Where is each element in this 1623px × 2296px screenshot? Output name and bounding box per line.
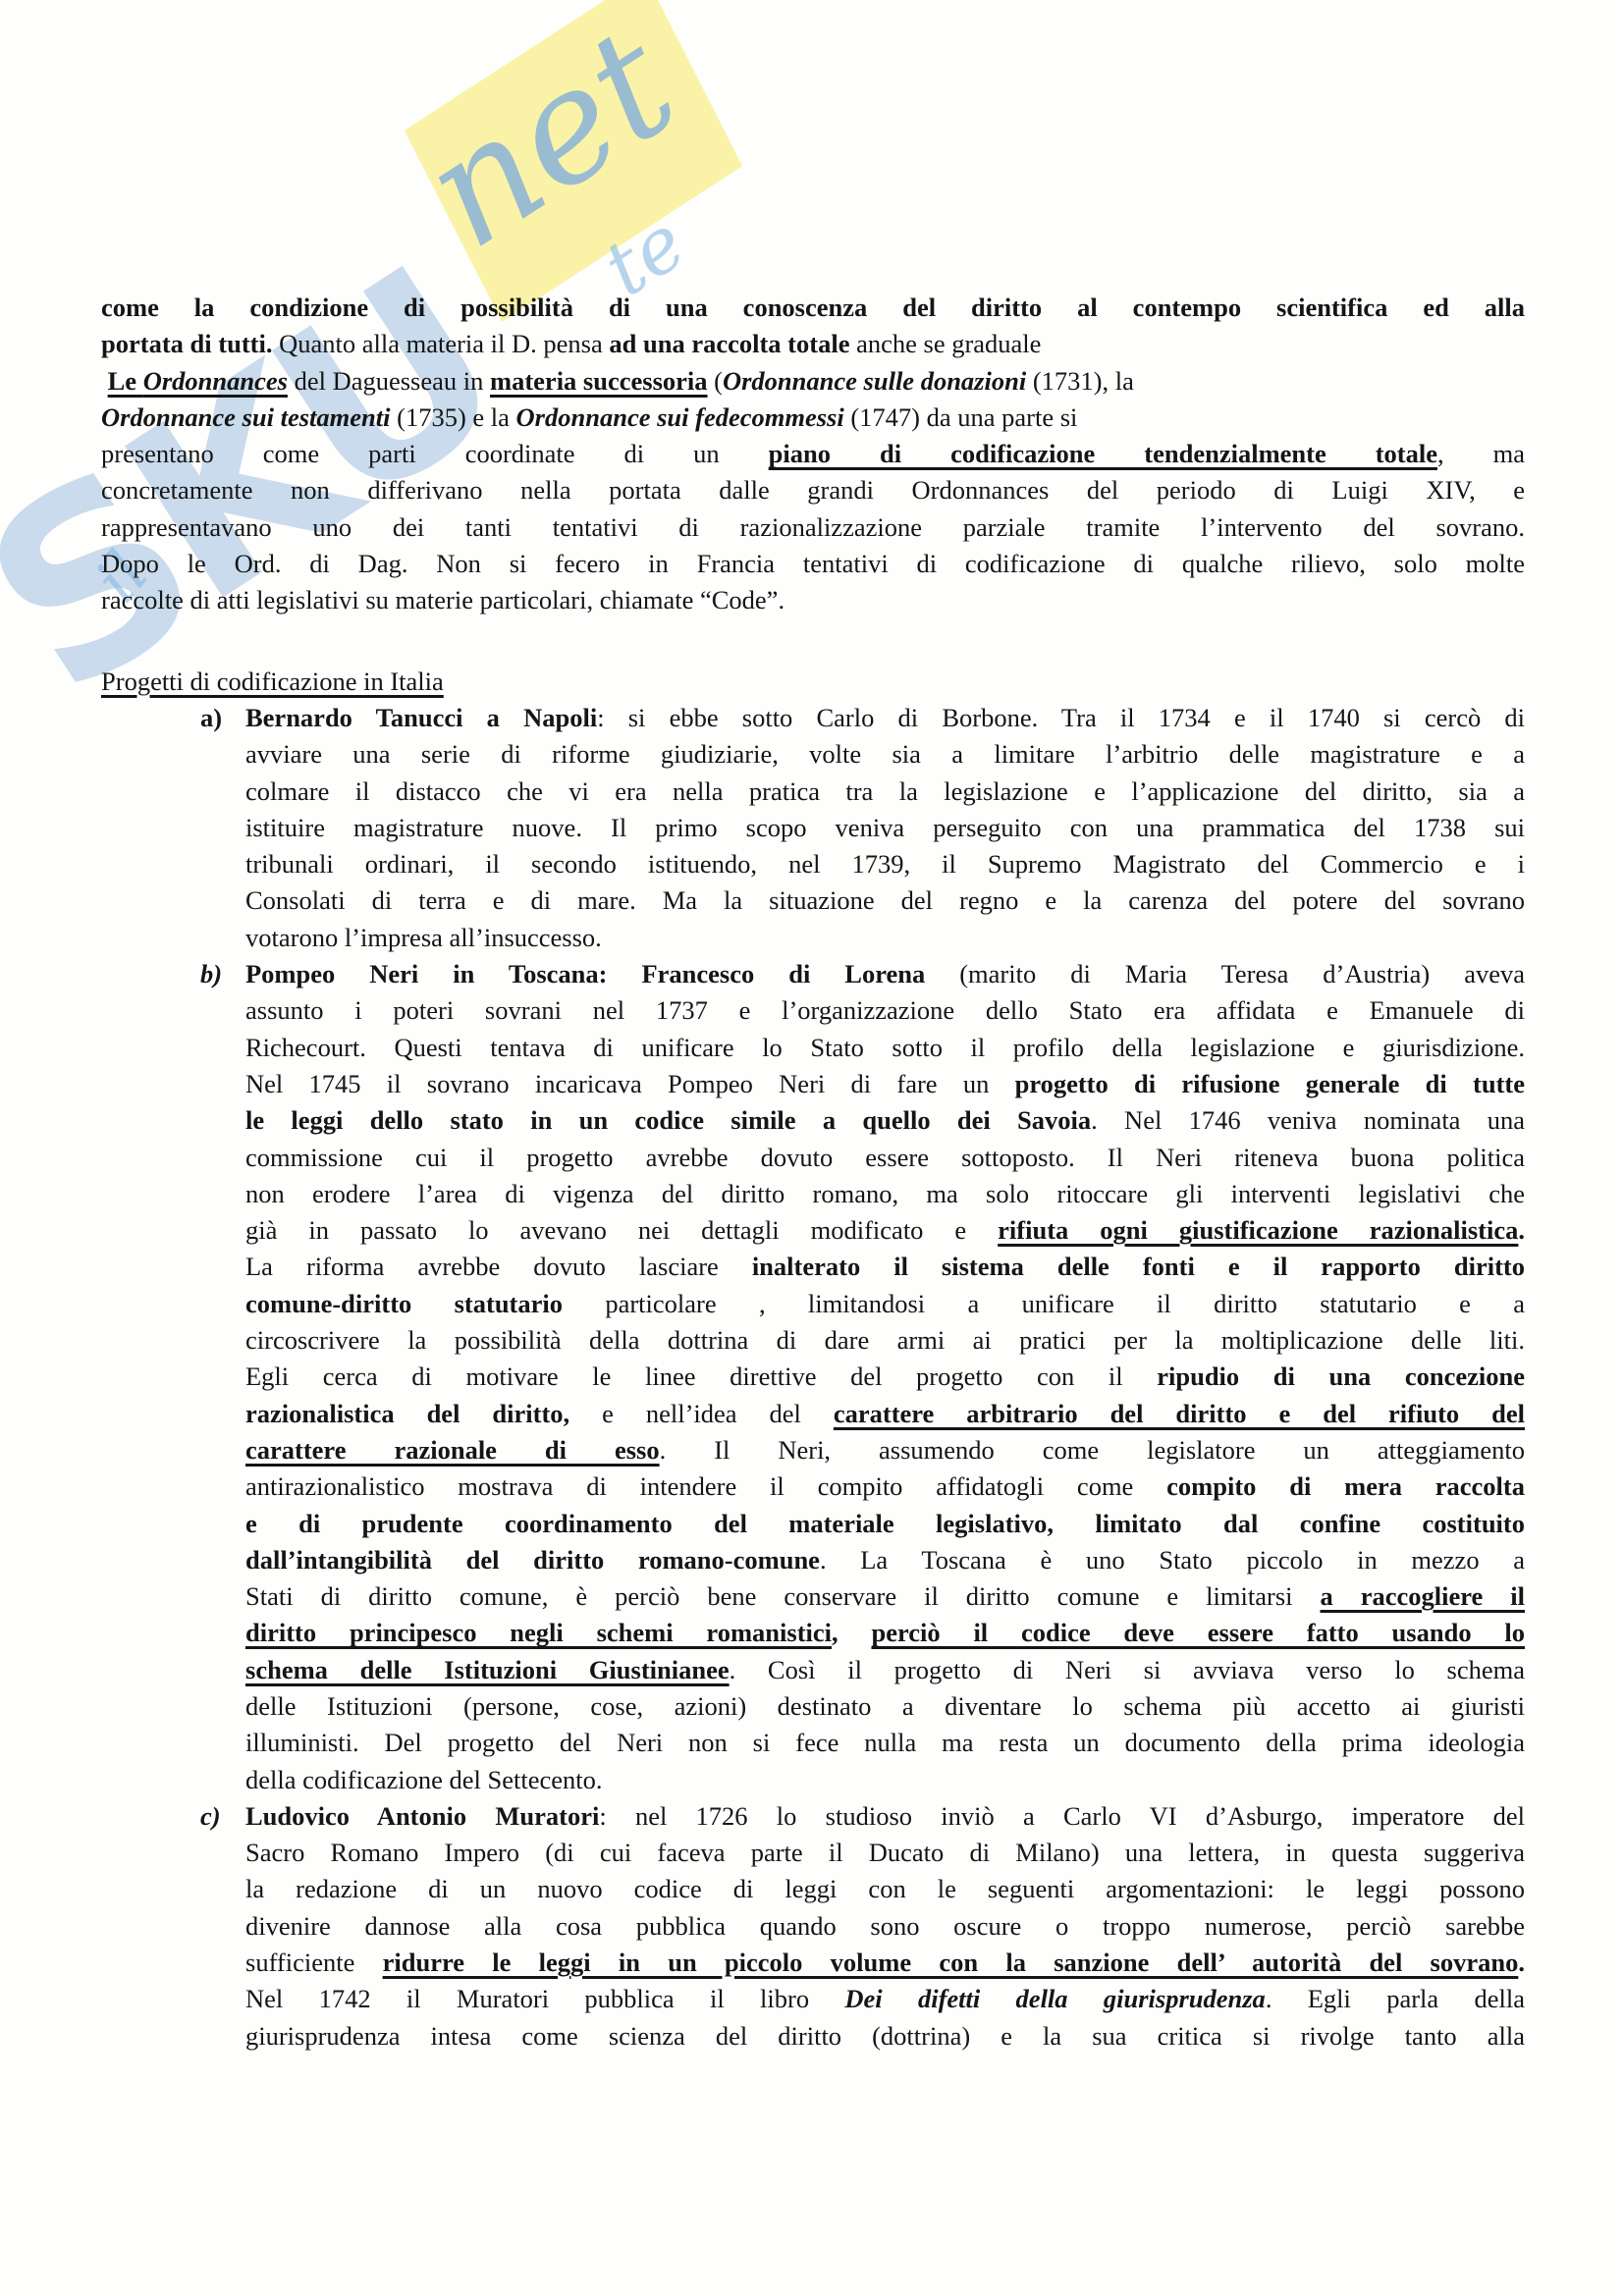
text-line: giurisprudenza intesa come scienza del d… [245, 2018, 1525, 2055]
text-line: antirazionalistico mostrava di intendere… [245, 1468, 1525, 1505]
heading: Progetti di codificazione in Italia [101, 664, 1525, 700]
document-content: come la condizione di possibilità di una… [0, 0, 1623, 2055]
text-line: carattere razionale di esso. Il Neri, as… [245, 1432, 1525, 1468]
text-line: Richecourt. Questi tentava di unificare … [245, 1030, 1525, 1066]
text-line: La riforma avrebbe dovuto lasciare inalt… [245, 1249, 1525, 1285]
text-line: Le Ordonnances del Daguesseau in materia… [101, 363, 1525, 400]
text-line: Bernardo Tanucci a Napoli: si ebbe sotto… [245, 700, 1525, 736]
text-line: Sacro Romano Impero (di cui faceva parte… [245, 1835, 1525, 1871]
text-line: presentano come parti coordinate di un p… [101, 436, 1525, 472]
list-item: c)Ludovico Antonio Muratori: nel 1726 lo… [101, 1798, 1525, 2055]
text-line: tribunali ordinari, il secondo istituend… [245, 846, 1525, 882]
text-line: Stati di diritto comune, è perciò bene c… [245, 1578, 1525, 1615]
text-line: raccolte di atti legislativi su materie … [101, 582, 1525, 618]
text-line: votarono l’impresa all’insuccesso. [245, 920, 1525, 956]
text-line: circoscrivere la possibilità della dottr… [245, 1322, 1525, 1359]
text-line: assunto i poteri sovrani nel 1737 e l’or… [245, 992, 1525, 1029]
text-line: rappresentavano uno dei tanti tentativi … [101, 509, 1525, 546]
text-line: istituire magistrature nuove. Il primo s… [245, 810, 1525, 846]
text-line: Pompeo Neri in Toscana: Francesco di Lor… [245, 956, 1525, 992]
text-line: Dopo le Ord. di Dag. Non si fecero in Fr… [101, 546, 1525, 582]
list-item: b)Pompeo Neri in Toscana: Francesco di L… [101, 956, 1525, 1798]
text-line: comune-diritto statutario particolare , … [245, 1286, 1525, 1322]
paragraph: come la condizione di possibilità di una… [101, 290, 1525, 619]
text-line: schema delle Istituzioni Giustinianee. C… [245, 1652, 1525, 1688]
text-line: Nel 1742 il Muratori pubblica il libro D… [245, 1981, 1525, 2017]
text-line: già in passato lo avevano nei dettagli m… [245, 1212, 1525, 1249]
text-line: le leggi dello stato in un codice simile… [245, 1102, 1525, 1139]
text-line: illuministi. Del progetto del Neri non s… [245, 1725, 1525, 1761]
text-line: Progetti di codificazione in Italia [101, 664, 1525, 700]
text-line: concretamente non differivano nella port… [101, 472, 1525, 508]
text-line: divenire dannose alla cosa pubblica quan… [245, 1908, 1525, 1945]
text-line: sufficiente ridurre le leggi in un picco… [245, 1945, 1525, 1981]
list-item: a)Bernardo Tanucci a Napoli: si ebbe sot… [101, 700, 1525, 956]
text-line: Nel 1745 il sovrano incaricava Pompeo Ne… [245, 1066, 1525, 1102]
text-line: e di prudente coordinamento del material… [245, 1506, 1525, 1542]
text-line: Ludovico Antonio Muratori: nel 1726 lo s… [245, 1798, 1525, 1835]
text-line: come la condizione di possibilità di una… [101, 290, 1525, 326]
list-marker: c) [200, 1798, 245, 1835]
text-line: Egli cerca di motivare le linee direttiv… [245, 1359, 1525, 1395]
text-line: dall’intangibilità del diritto romano-co… [245, 1542, 1525, 1578]
text-line: avviare una serie di riforme giudiziarie… [245, 736, 1525, 773]
text-line: la redazione di un nuovo codice di leggi… [245, 1871, 1525, 1907]
text-line: portata di tutti. Quanto alla materia il… [101, 326, 1525, 362]
text-line: non erodere l’area di vigenza del diritt… [245, 1176, 1525, 1212]
text-line: Ordonnance sui testamenti (1735) e la Or… [101, 400, 1525, 436]
text-line: razionalistica del diritto, e nell’idea … [245, 1396, 1525, 1432]
text-line: diritto principesco negli schemi romanis… [245, 1615, 1525, 1651]
document-page: SKU net te il come la condizione di poss… [0, 0, 1623, 2296]
text-line: Consolati di terra e di mare. Ma la situ… [245, 882, 1525, 919]
list-marker: b) [200, 956, 245, 992]
list-marker: a) [200, 700, 245, 736]
text-line: commissione cui il progetto avrebbe dovu… [245, 1140, 1525, 1176]
text-line: delle Istituzioni (persone, cose, azioni… [245, 1688, 1525, 1725]
text-line: della codificazione del Settecento. [245, 1762, 1525, 1798]
text-line: colmare il distacco che vi era nella pra… [245, 774, 1525, 810]
